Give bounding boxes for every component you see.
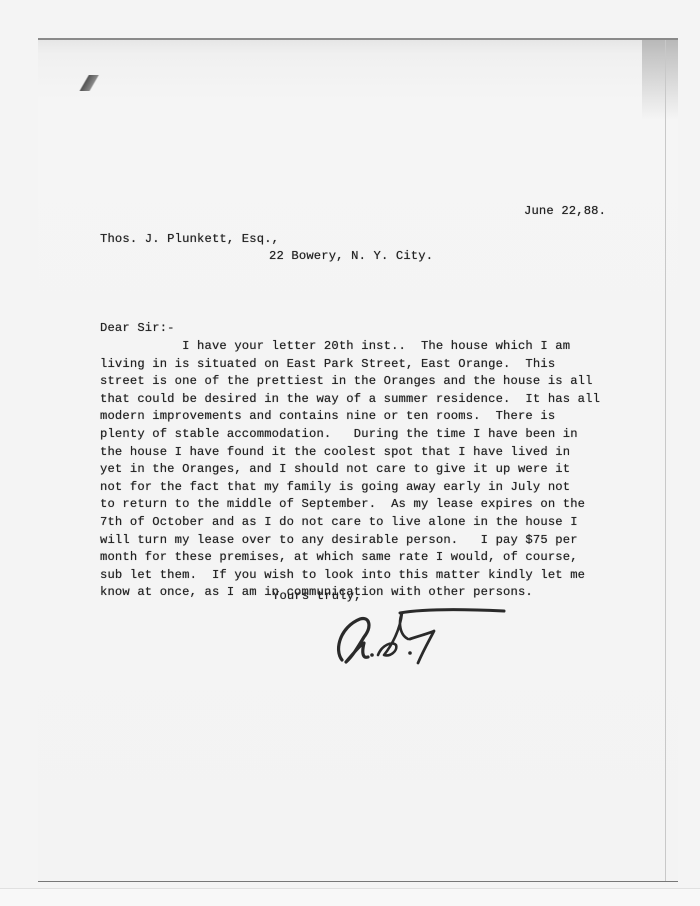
recipient-address: 22 Bowery, N. Y. City. xyxy=(269,248,433,266)
letter-date: June 22,88. xyxy=(524,203,606,221)
signature xyxy=(312,605,512,675)
body-line: the house I have found it the coolest sp… xyxy=(100,444,600,462)
body-line: to return to the middle of September. As… xyxy=(100,496,600,514)
body-line: sub let them. If you wish to look into t… xyxy=(100,567,600,585)
body-line: I have your letter 20th inst.. The house… xyxy=(100,338,600,356)
closing: Yours truly, xyxy=(272,588,362,606)
scan-bottom-strip xyxy=(0,888,700,906)
recipient-name: Thos. J. Plunkett, Esq., xyxy=(100,231,279,249)
body-line: living in is situated on East Park Stree… xyxy=(100,356,600,374)
body-line: not for the fact that my family is going… xyxy=(100,479,600,497)
letter-body: I have your letter 20th inst.. The house… xyxy=(100,338,600,602)
body-line: will turn my lease over to any desirable… xyxy=(100,532,600,550)
body-line: street is one of the prettiest in the Or… xyxy=(100,373,600,391)
page-corner-shadow xyxy=(642,40,678,120)
body-line: plenty of stable accommodation. During t… xyxy=(100,426,600,444)
body-line: 7th of October and as I do not care to l… xyxy=(100,514,600,532)
paper-clip-mark xyxy=(78,75,102,91)
salutation: Dear Sir:- xyxy=(100,320,175,338)
body-line: month for these premises, at which same … xyxy=(100,549,600,567)
body-line: yet in the Oranges, and I should not car… xyxy=(100,461,600,479)
page-edge xyxy=(665,40,666,882)
page-bottom-edge xyxy=(38,881,678,882)
body-line: that could be desired in the way of a su… xyxy=(100,391,600,409)
body-line: modern improvements and contains nine or… xyxy=(100,408,600,426)
